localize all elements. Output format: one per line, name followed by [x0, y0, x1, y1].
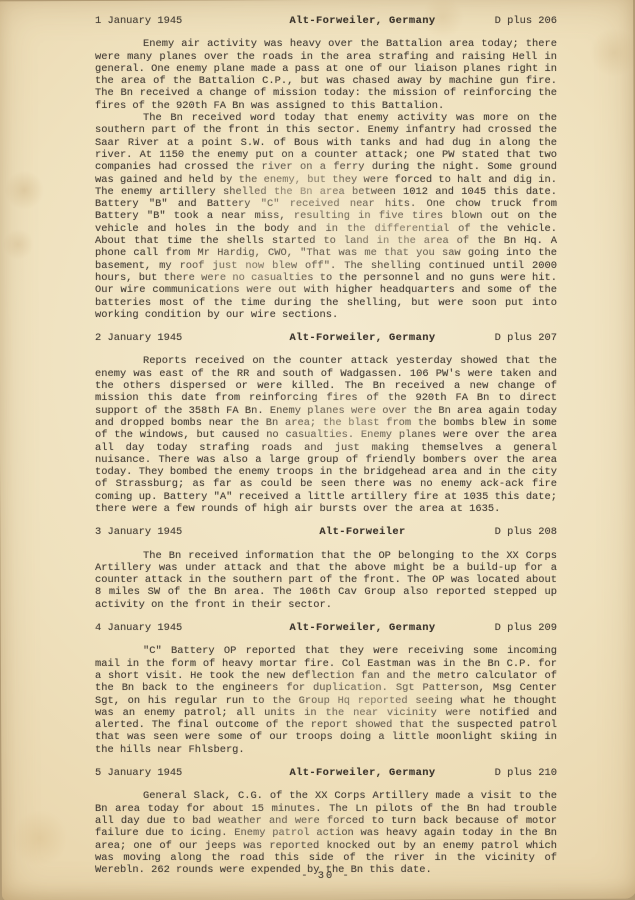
scan-background: 1 January 1945 Alt-Forweiler, Germany D … [0, 0, 635, 900]
entry-paragraph: The Bn received word today that enemy ac… [95, 112, 557, 321]
diary-entry-jan-5: 5 January 1945 Alt-Forweiler, Germany D … [95, 767, 557, 876]
document-page: 1 January 1945 Alt-Forweiler, Germany D … [95, 15, 557, 876]
entry-date: 5 January 1945 [95, 767, 280, 779]
entry-paragraph: The Bn received information that the OP … [95, 550, 557, 611]
entry-location: Alt-Forweiler, Germany [280, 767, 445, 779]
entry-header: 2 January 1945 Alt-Forweiler, Germany D … [95, 332, 557, 344]
entry-location: Alt-Forweiler [280, 526, 445, 538]
diary-entry-jan-2: 2 January 1945 Alt-Forweiler, Germany D … [95, 332, 557, 515]
entry-date: 4 January 1945 [95, 622, 280, 634]
diary-entry-jan-1: 1 January 1945 Alt-Forweiler, Germany D … [95, 15, 557, 321]
entry-header: 5 January 1945 Alt-Forweiler, Germany D … [95, 767, 557, 779]
entry-dplus: D plus 209 [445, 622, 557, 634]
diary-entry-jan-3: 3 January 1945 Alt-Forweiler D plus 208 … [95, 526, 557, 611]
entry-location: Alt-Forweiler, Germany [280, 332, 445, 344]
entry-paragraph: General Slack, C.G. of the XX Corps Arti… [95, 790, 557, 876]
entry-dplus: D plus 206 [445, 15, 557, 27]
entry-date: 2 January 1945 [95, 332, 280, 344]
entry-paragraph: "C" Battery OP reported that they were r… [95, 645, 557, 756]
page-number: - 30 - [95, 870, 557, 882]
entry-date: 3 January 1945 [95, 526, 280, 538]
diary-entry-jan-4: 4 January 1945 Alt-Forweiler, Germany D … [95, 622, 557, 756]
entry-header: 3 January 1945 Alt-Forweiler D plus 208 [95, 526, 557, 538]
entry-header: 4 January 1945 Alt-Forweiler, Germany D … [95, 622, 557, 634]
entry-dplus: D plus 207 [445, 332, 557, 344]
entry-header: 1 January 1945 Alt-Forweiler, Germany D … [95, 15, 557, 27]
entry-paragraph: Reports received on the counter attack y… [95, 355, 557, 515]
entry-date: 1 January 1945 [95, 15, 280, 27]
entry-dplus: D plus 210 [445, 767, 557, 779]
entry-location: Alt-Forweiler, Germany [280, 622, 445, 634]
entry-dplus: D plus 208 [445, 526, 557, 538]
entry-location: Alt-Forweiler, Germany [280, 15, 445, 27]
entry-paragraph: Enemy air activity was heavy over the Ba… [95, 38, 557, 112]
